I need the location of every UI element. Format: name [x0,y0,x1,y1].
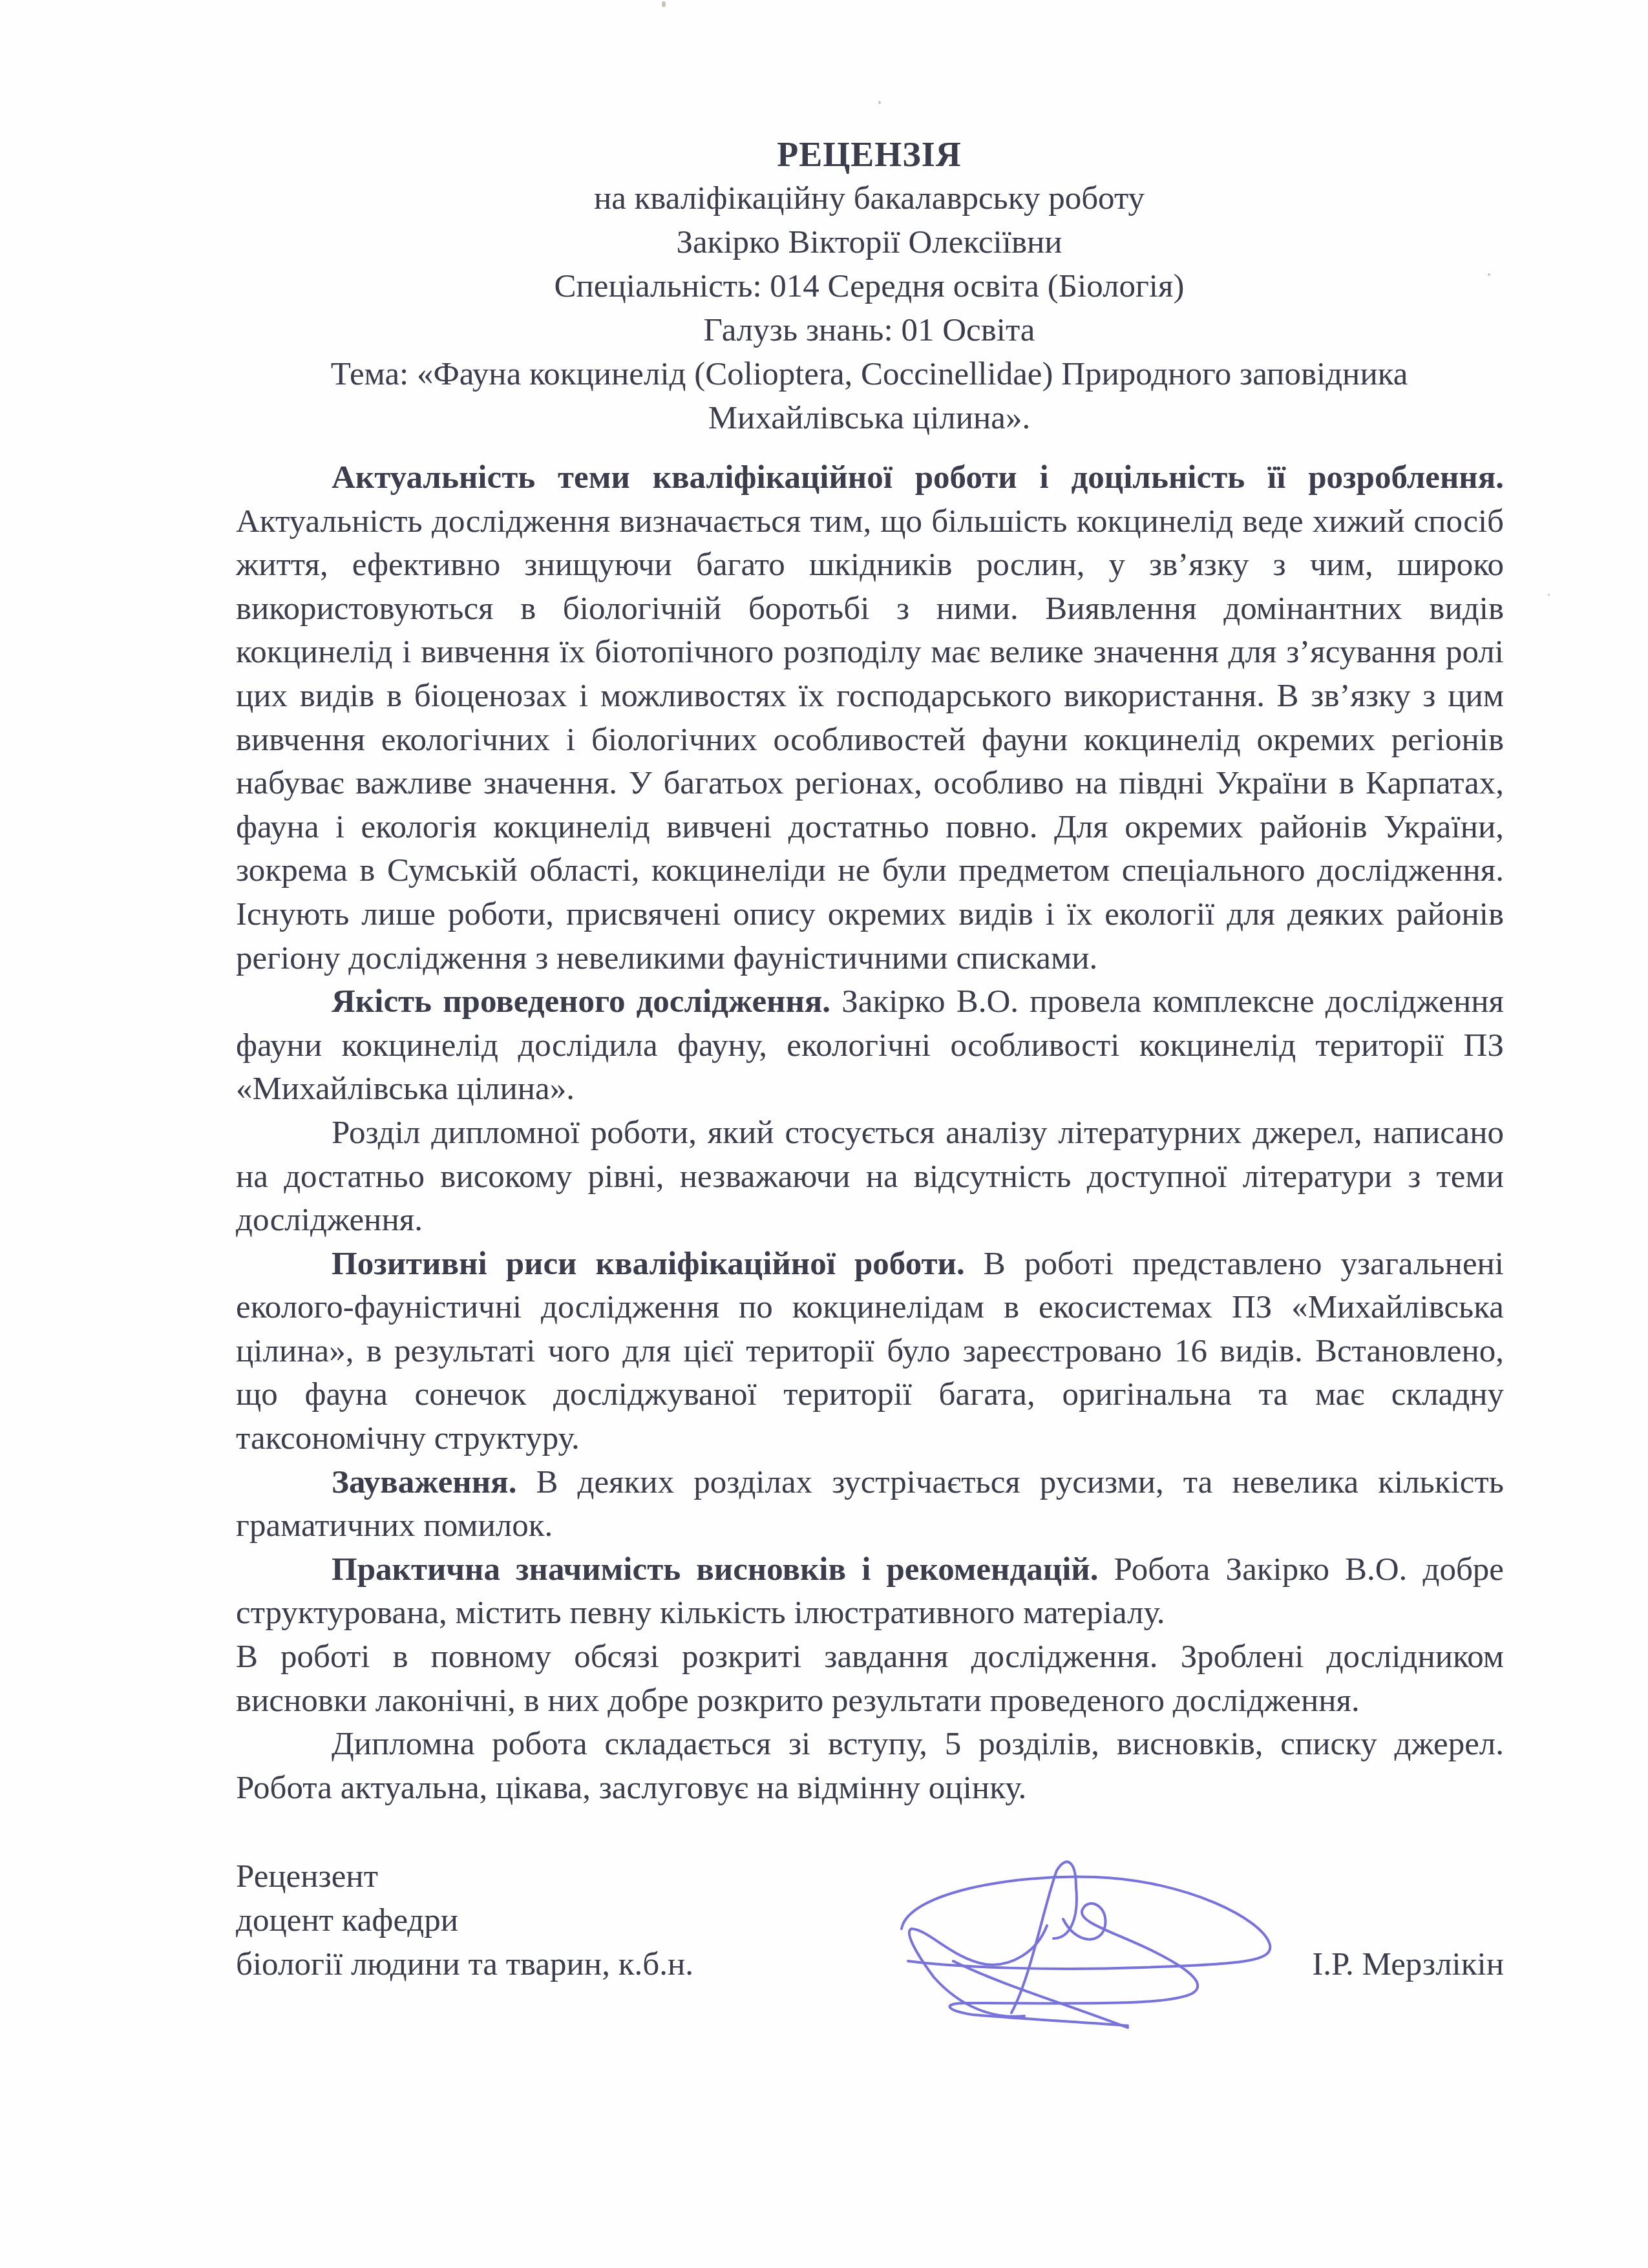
reviewer-position: доцент кафедри [236,1898,693,1942]
section-quality: Якість проведеного дослідження. Закірко … [236,980,1504,1111]
section-heading: Якість проведеного дослідження. [332,983,830,1020]
handwritten-signature-icon [882,1848,1283,2029]
section-text: Актуальність дослідження визначається ти… [236,503,1504,976]
specialty: Спеціальність: 014 Середня освіта (Біоло… [236,264,1503,308]
topic-line-1: Тема: «Фауна кокцинелід (Colioptera, Coc… [236,352,1503,396]
section-heading: Практична значимість висновків і рекомен… [332,1551,1098,1588]
section-text: Розділ дипломної роботи, який стосується… [236,1115,1504,1238]
signature-block: Рецензент доцент кафедри біології людини… [236,1854,1504,2035]
reviewer-role: Рецензент [236,1854,693,1898]
reviewer-name: І.Р. Мерзлікін [1312,1942,1504,1986]
section-practical-significance: Практична значимість висновків і рекомен… [236,1548,1504,1635]
section-tasks-revealed: В роботі в повному обсязі розкриті завда… [236,1635,1504,1723]
section-text: В роботі в повному обсязі розкриті завда… [236,1639,1504,1719]
section-heading: Актуальність теми кваліфікаційної роботи… [332,459,1504,496]
document-subtitle: на кваліфікаційну бакалаврську роботу [236,176,1503,220]
review-body: Актуальність теми кваліфікаційної роботи… [236,456,1504,1810]
section-positive-features: Позитивні риси кваліфікаційної роботи. В… [236,1243,1504,1461]
scan-speck [662,1,666,7]
reviewer-department: біології людини та тварин, к.б.н. [236,1942,693,1986]
section-conclusion: Дипломна робота складається зі вступу, 5… [236,1723,1504,1810]
student-name: Закірко Вікторії Олексіївни [236,220,1503,264]
scan-speck [1548,594,1550,596]
reviewer-credentials: Рецензент доцент кафедри біології людини… [236,1854,693,1986]
scanned-page: РЕЦЕНЗІЯ на кваліфікаційну бакалаврську … [0,0,1648,2268]
section-text: Дипломна робота складається зі вступу, 5… [236,1726,1504,1806]
section-relevance: Актуальність теми кваліфікаційної роботи… [236,456,1504,980]
section-remarks: Зауваження. В деяких розділах зустрічаєт… [236,1461,1504,1548]
topic-line-2: Михайлівська цілина». [236,396,1503,440]
field-of-knowledge: Галузь знань: 01 Освіта [236,308,1503,352]
scan-speck [878,101,881,104]
document-header: РЕЦЕНЗІЯ на кваліфікаційну бакалаврську … [236,132,1503,440]
document-title: РЕЦЕНЗІЯ [236,132,1503,176]
section-heading: Зауваження. [332,1464,516,1500]
section-heading: Позитивні риси кваліфікаційної роботи. [332,1246,965,1282]
section-literature-review: Розділ дипломної роботи, який стосується… [236,1111,1504,1243]
